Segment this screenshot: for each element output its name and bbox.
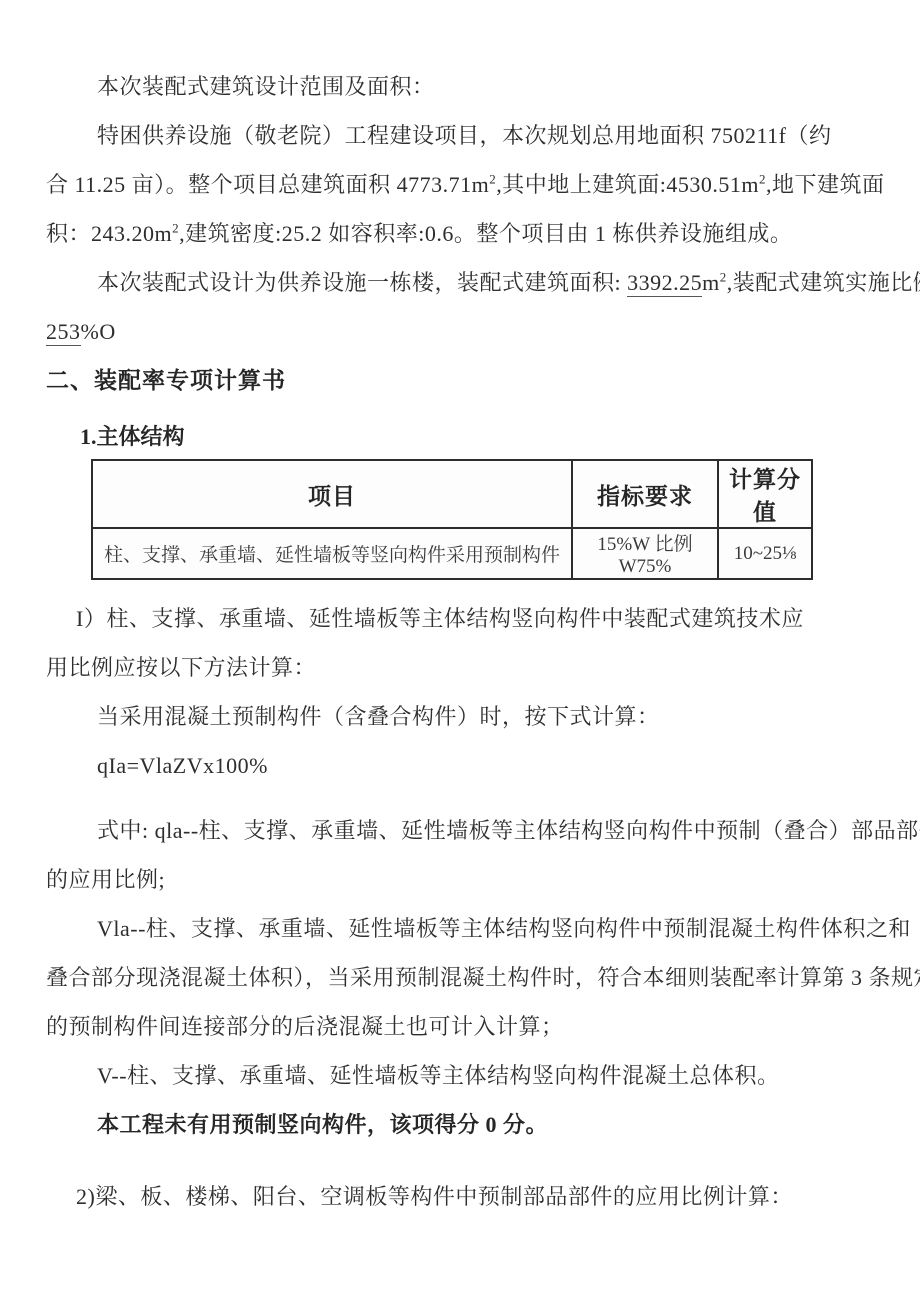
text-run: %O <box>81 319 116 344</box>
intro-prefab-area-line: 本次装配式设计为供养设施一栋楼，装配式建筑面积: 3392.25m2,装配式建筑… <box>46 258 870 307</box>
table-header-item: 项目 <box>92 460 572 528</box>
table-header-score: 计算分值 <box>718 460 812 528</box>
heading-text: 二、装配率专项计算书 <box>46 368 286 393</box>
text-run: 的应用比例; <box>46 867 165 892</box>
conclusion-score-line: 本工程未有用预制竖向构件，该项得分 0 分。 <box>46 1100 870 1149</box>
section-heading-assembly-rate: 二、装配率专项计算书 <box>46 356 870 405</box>
formula-line: qIa=VlaZVx100% <box>46 741 870 790</box>
table-cell-item: 柱、支撑、承重墙、延性墙板等竖向构件采用预制构件 <box>92 528 572 579</box>
text-run: 特困供养设施（敬老院）工程建设项目，本次规划总用地面积 750211f（约 <box>97 123 832 148</box>
definition-v-line: V--柱、支撑、承重墙、延性墙板等主体结构竖向构件混凝土总体积。 <box>46 1051 870 1100</box>
formula-text: qIa=VlaZVx100% <box>97 753 268 778</box>
text-run: 积：243.20m <box>46 221 172 246</box>
text-run: 叠合部分现浇混凝土体积），当采用预制混凝土构件时，符合本细则装配率计算第 3 条… <box>46 965 920 990</box>
table-header-row: 项目 指标要求 计算分值 <box>92 460 812 528</box>
text-run: V--柱、支撑、承重墙、延性墙板等主体结构竖向构件混凝土总体积。 <box>97 1063 780 1088</box>
table-header-requirement: 指标要求 <box>572 460 718 528</box>
text-run: 本次装配式建筑设计范围及面积： <box>97 74 435 99</box>
text-run: ,建筑密度:25.2 如容积率:0.6。整个项目由 1 栋供养设施组成。 <box>179 221 792 246</box>
main-structure-score-table: 项目 指标要求 计算分值 柱、支撑、承重墙、延性墙板等竖向构件采用预制构件 15… <box>91 459 813 580</box>
text-run: 2)梁、板、楼梯、阳台、空调板等构件中预制部品部件的应用比例计算： <box>76 1184 793 1209</box>
text-run: ,其中地上建筑面:4530.51m <box>496 172 759 197</box>
conclusion-text: 本工程未有用预制竖向构件，该项得分 0 分。 <box>97 1112 548 1137</box>
table-row: 柱、支撑、承重墙、延性墙板等竖向构件采用预制构件 15%W 比例 W75% 10… <box>92 528 812 579</box>
table-cell-requirement: 15%W 比例 W75% <box>572 528 718 579</box>
intro-scope-title: 本次装配式建筑设计范围及面积： <box>46 62 870 111</box>
text-run: 式中: qla--柱、支撑、承重墙、延性墙板等主体结构竖向构件中预制（叠合）部品… <box>97 818 920 843</box>
superscript: 2 <box>720 270 727 285</box>
body-condition-line: 当采用混凝土预制构件（含叠合构件）时，按下式计算： <box>46 692 870 741</box>
text-run: 本次装配式设计为供养设施一栋楼，装配式建筑面积: <box>97 270 627 295</box>
definition-q1a-line: 式中: qla--柱、支撑、承重墙、延性墙板等主体结构竖向构件中预制（叠合）部品… <box>46 806 870 855</box>
intro-ratio-line: 253%O <box>46 307 870 356</box>
body-item1-continued: 用比例应按以下方法计算： <box>46 643 870 692</box>
text-run: m <box>702 270 720 295</box>
body-item1-line: I）柱、支撑、承重墙、延性墙板等主体结构竖向构件中装配式建筑技术应 <box>46 594 870 643</box>
definition-q1a-continued: 的应用比例; <box>46 855 870 904</box>
text-run: 当采用混凝土预制构件（含叠合构件）时，按下式计算： <box>97 704 660 729</box>
text-run: 用比例应按以下方法计算： <box>46 655 316 680</box>
text-run: ,装配式建筑实施比例: <box>727 270 920 295</box>
body-item2-line: 2)梁、板、楼梯、阳台、空调板等构件中预制部品部件的应用比例计算： <box>46 1172 870 1221</box>
intro-density-line: 积：243.20m2,建筑密度:25.2 如容积率:0.6。整个项目由 1 栋供… <box>46 209 870 258</box>
definition-v1a-continued2: 的预制构件间连接部分的后浇混凝土也可计入计算； <box>46 1002 870 1051</box>
definition-v1a-continued1: 叠合部分现浇混凝土体积），当采用预制混凝土构件时，符合本细则装配率计算第 3 条… <box>46 953 870 1002</box>
intro-project-line: 特困供养设施（敬老院）工程建设项目，本次规划总用地面积 750211f（约 <box>46 111 870 160</box>
underlined-value: 3392.25 <box>627 270 702 297</box>
text-run: 的预制构件间连接部分的后浇混凝土也可计入计算； <box>46 1014 564 1039</box>
superscript: 2 <box>759 172 766 187</box>
definition-v1a-line: Vla--柱、支撑、承重墙、延性墙板等主体结构竖向构件中预制混凝土构件体积之和（… <box>46 904 870 953</box>
heading-text: 1.主体结构 <box>80 424 185 449</box>
text-run: I）柱、支撑、承重墙、延性墙板等主体结构竖向构件中装配式建筑技术应 <box>76 606 804 631</box>
document-page: 本次装配式建筑设计范围及面积： 特困供养设施（敬老院）工程建设项目，本次规划总用… <box>0 0 920 1302</box>
intro-area-line: 合 11.25 亩）。整个项目总建筑面积 4773.71m2,其中地上建筑面:4… <box>46 160 870 209</box>
subsection-heading-main-structure: 1.主体结构 <box>46 415 870 459</box>
text-run: ,地下建筑面 <box>766 172 885 197</box>
underlined-value: 253 <box>46 319 81 346</box>
text-run: Vla--柱、支撑、承重墙、延性墙板等主体结构竖向构件中预制混凝土构件体积之和（… <box>97 916 920 941</box>
table-cell-score: 10~25⅛ <box>718 528 812 579</box>
text-run: 合 11.25 亩）。整个项目总建筑面积 4773.71m <box>46 172 489 197</box>
